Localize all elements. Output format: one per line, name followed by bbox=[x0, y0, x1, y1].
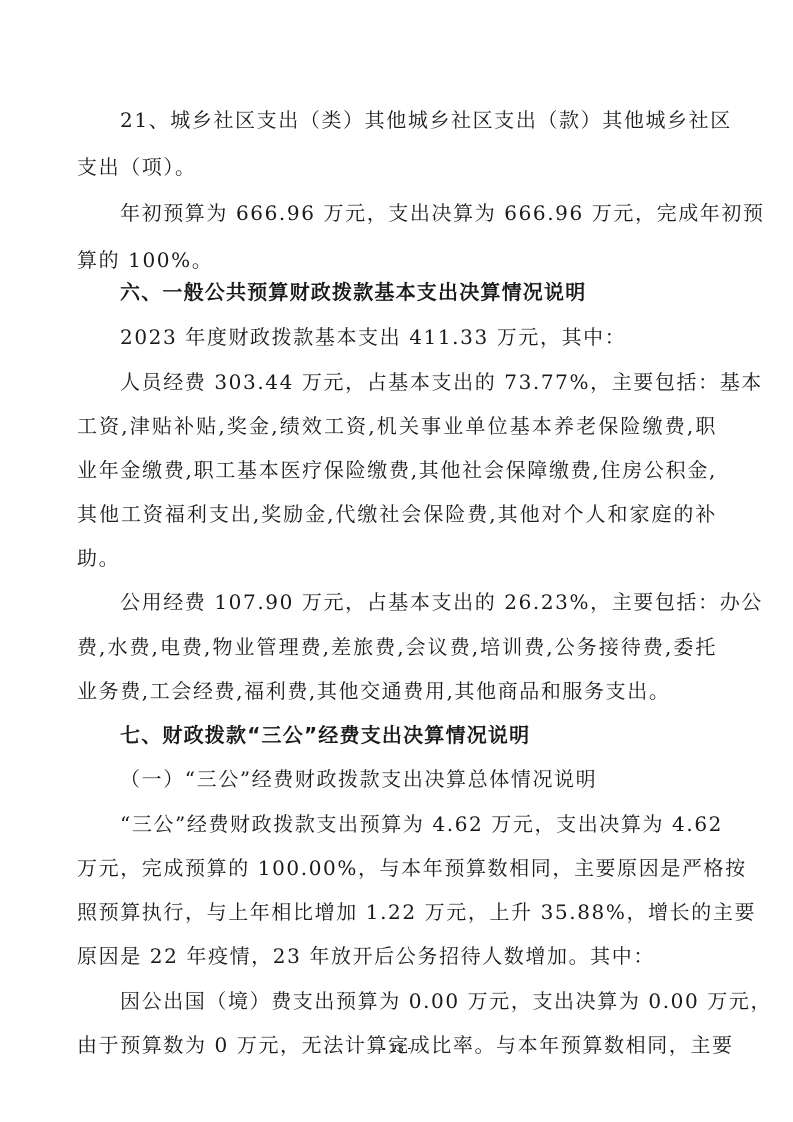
text-line: 工资,津贴补贴,奖金,绩效工资,机关事业单位基本养老保险缴费,职 bbox=[77, 412, 717, 440]
text-line: 原因是 22 年疫情，23 年放开后公务招待人数增加。其中： bbox=[77, 942, 717, 970]
text-line: “三公”经费财政拨款支出预算为 4.62 万元，支出决算为 4.62 bbox=[120, 810, 717, 838]
text-line: 费,水费,电费,物业管理费,差旅费,会议费,培训费,公务接待费,委托 bbox=[77, 633, 717, 661]
text-line: 因公出国（境）费支出预算为 0.00 万元，支出决算为 0.00 万元， bbox=[120, 987, 717, 1015]
text-line: 算的 100%。 bbox=[77, 246, 717, 274]
text-line: 业务费,工会经费,福利费,其他交通费用,其他商品和服务支出。 bbox=[77, 677, 717, 705]
text-line: 万元，完成预算的 100.00%，与本年预算数相同，主要原因是严格按 bbox=[77, 854, 717, 882]
text-line: （一）“三公”经费财政拨款支出决算总体情况说明 bbox=[120, 765, 717, 793]
text-line: 业年金缴费,职工基本医疗保险缴费,其他社会保障缴费,住房公积金, bbox=[77, 456, 717, 484]
text-line: 年初预算为 666.96 万元，支出决算为 666.96 万元，完成年初预 bbox=[120, 199, 717, 227]
page-number: - 13 - bbox=[0, 1040, 793, 1055]
text-line: 人员经费 303.44 万元，占基本支出的 73.77%，主要包括：基本 bbox=[120, 368, 717, 396]
text-line: 助。 bbox=[77, 544, 717, 572]
text-line: 照预算执行，与上年相比增加 1.22 万元，上升 35.88%，增长的主要 bbox=[77, 898, 717, 926]
text-line: 公用经费 107.90 万元，占基本支出的 26.23%，主要包括：办公 bbox=[120, 588, 717, 616]
text-line: 支出（项）。 bbox=[77, 153, 717, 181]
text-line: 其他工资福利支出,奖励金,代缴社会保险费,其他对个人和家庭的补 bbox=[77, 500, 717, 528]
text-line: 2023 年度财政拨款基本支出 411.33 万元，其中： bbox=[120, 323, 717, 351]
text-line: 21、城乡社区支出（类）其他城乡社区支出（款）其他城乡社区 bbox=[120, 106, 717, 134]
document-page: 21、城乡社区支出（类）其他城乡社区支出（款）其他城乡社区支出（项）。年初预算为… bbox=[0, 0, 793, 1122]
section-heading: 七、财政拨款“三公”经费支出决算情况说明 bbox=[120, 721, 717, 749]
section-heading: 六、一般公共预算财政拨款基本支出决算情况说明 bbox=[120, 278, 717, 306]
